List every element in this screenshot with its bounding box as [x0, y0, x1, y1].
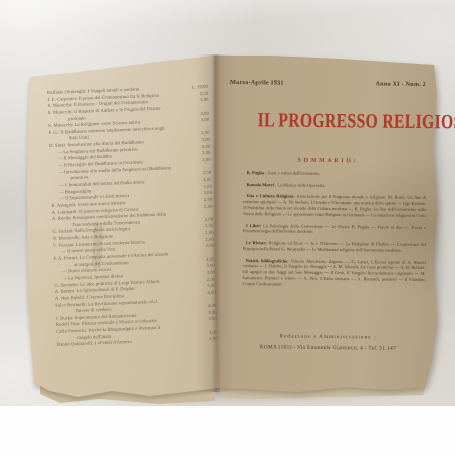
sommario-entry-text: La Psicologia della Conversione — Le Poe…	[243, 223, 426, 235]
sommario-entry-text: : Sorte e valore dell'Umanismo.	[264, 170, 321, 176]
sommario-entry-text: : La Mistica della Operosità.	[274, 182, 325, 188]
sommario-entry-lead: I Libri:	[246, 223, 261, 228]
sommario-entry-lead: Romolo Murri	[246, 182, 273, 187]
sommario-entry: Notizie bibliografiche: Vittorio Macchio…	[242, 258, 425, 290]
journal-title: IL PROGRESSO RELIGIOSO	[227, 109, 429, 134]
sommario-entry-lead: Vita e Cultura Religiosa:	[246, 193, 295, 199]
sommario-entry-lead: Notizie bibliografiche:	[246, 258, 289, 263]
sommario-entry-text: Religione ed Etica — Io e l'Universo — L…	[243, 240, 426, 252]
sommario-entry: Le Riviste: Religione ed Etica — Io e l'…	[243, 240, 426, 254]
book-photo: Raffaele Ottolenghi: I Vangeli attuali e…	[0, 0, 455, 455]
publisher-label: Redazione e Amministrazione :	[230, 333, 426, 341]
sommario-entry-lead: Le Riviste:	[246, 240, 267, 245]
catalog-row-price: 2,00	[193, 336, 218, 344]
sommario-entries: R. Puglia : Sorte e valore dell'Umanismo…	[242, 170, 426, 295]
sommario-entry: I Libri: La Psicologia della Conversione…	[243, 223, 426, 237]
sommario-entry: Vita e Cultura Religiosa: Associazione p…	[243, 193, 426, 219]
sommario-entry-lead: R. Puglia	[247, 170, 264, 175]
journal-title-text: IL PROGRESSO RELIGIOSO	[258, 109, 455, 134]
issue-date: Marzo-Aprile 1931	[230, 79, 284, 87]
sommario-entry: R. Puglia : Sorte e valore dell'Umanismo…	[244, 170, 427, 178]
issue-number: Anno XI - Num. 2	[375, 80, 426, 88]
catalog-list: Raffaele Ottolenghi: I Vangeli attuali e…	[47, 84, 218, 349]
sommario-entry: Romolo Murri : La Mistica della Operosit…	[243, 182, 426, 190]
cover-footer: Redazione e Amministrazione : ROMA (101)…	[230, 333, 426, 352]
